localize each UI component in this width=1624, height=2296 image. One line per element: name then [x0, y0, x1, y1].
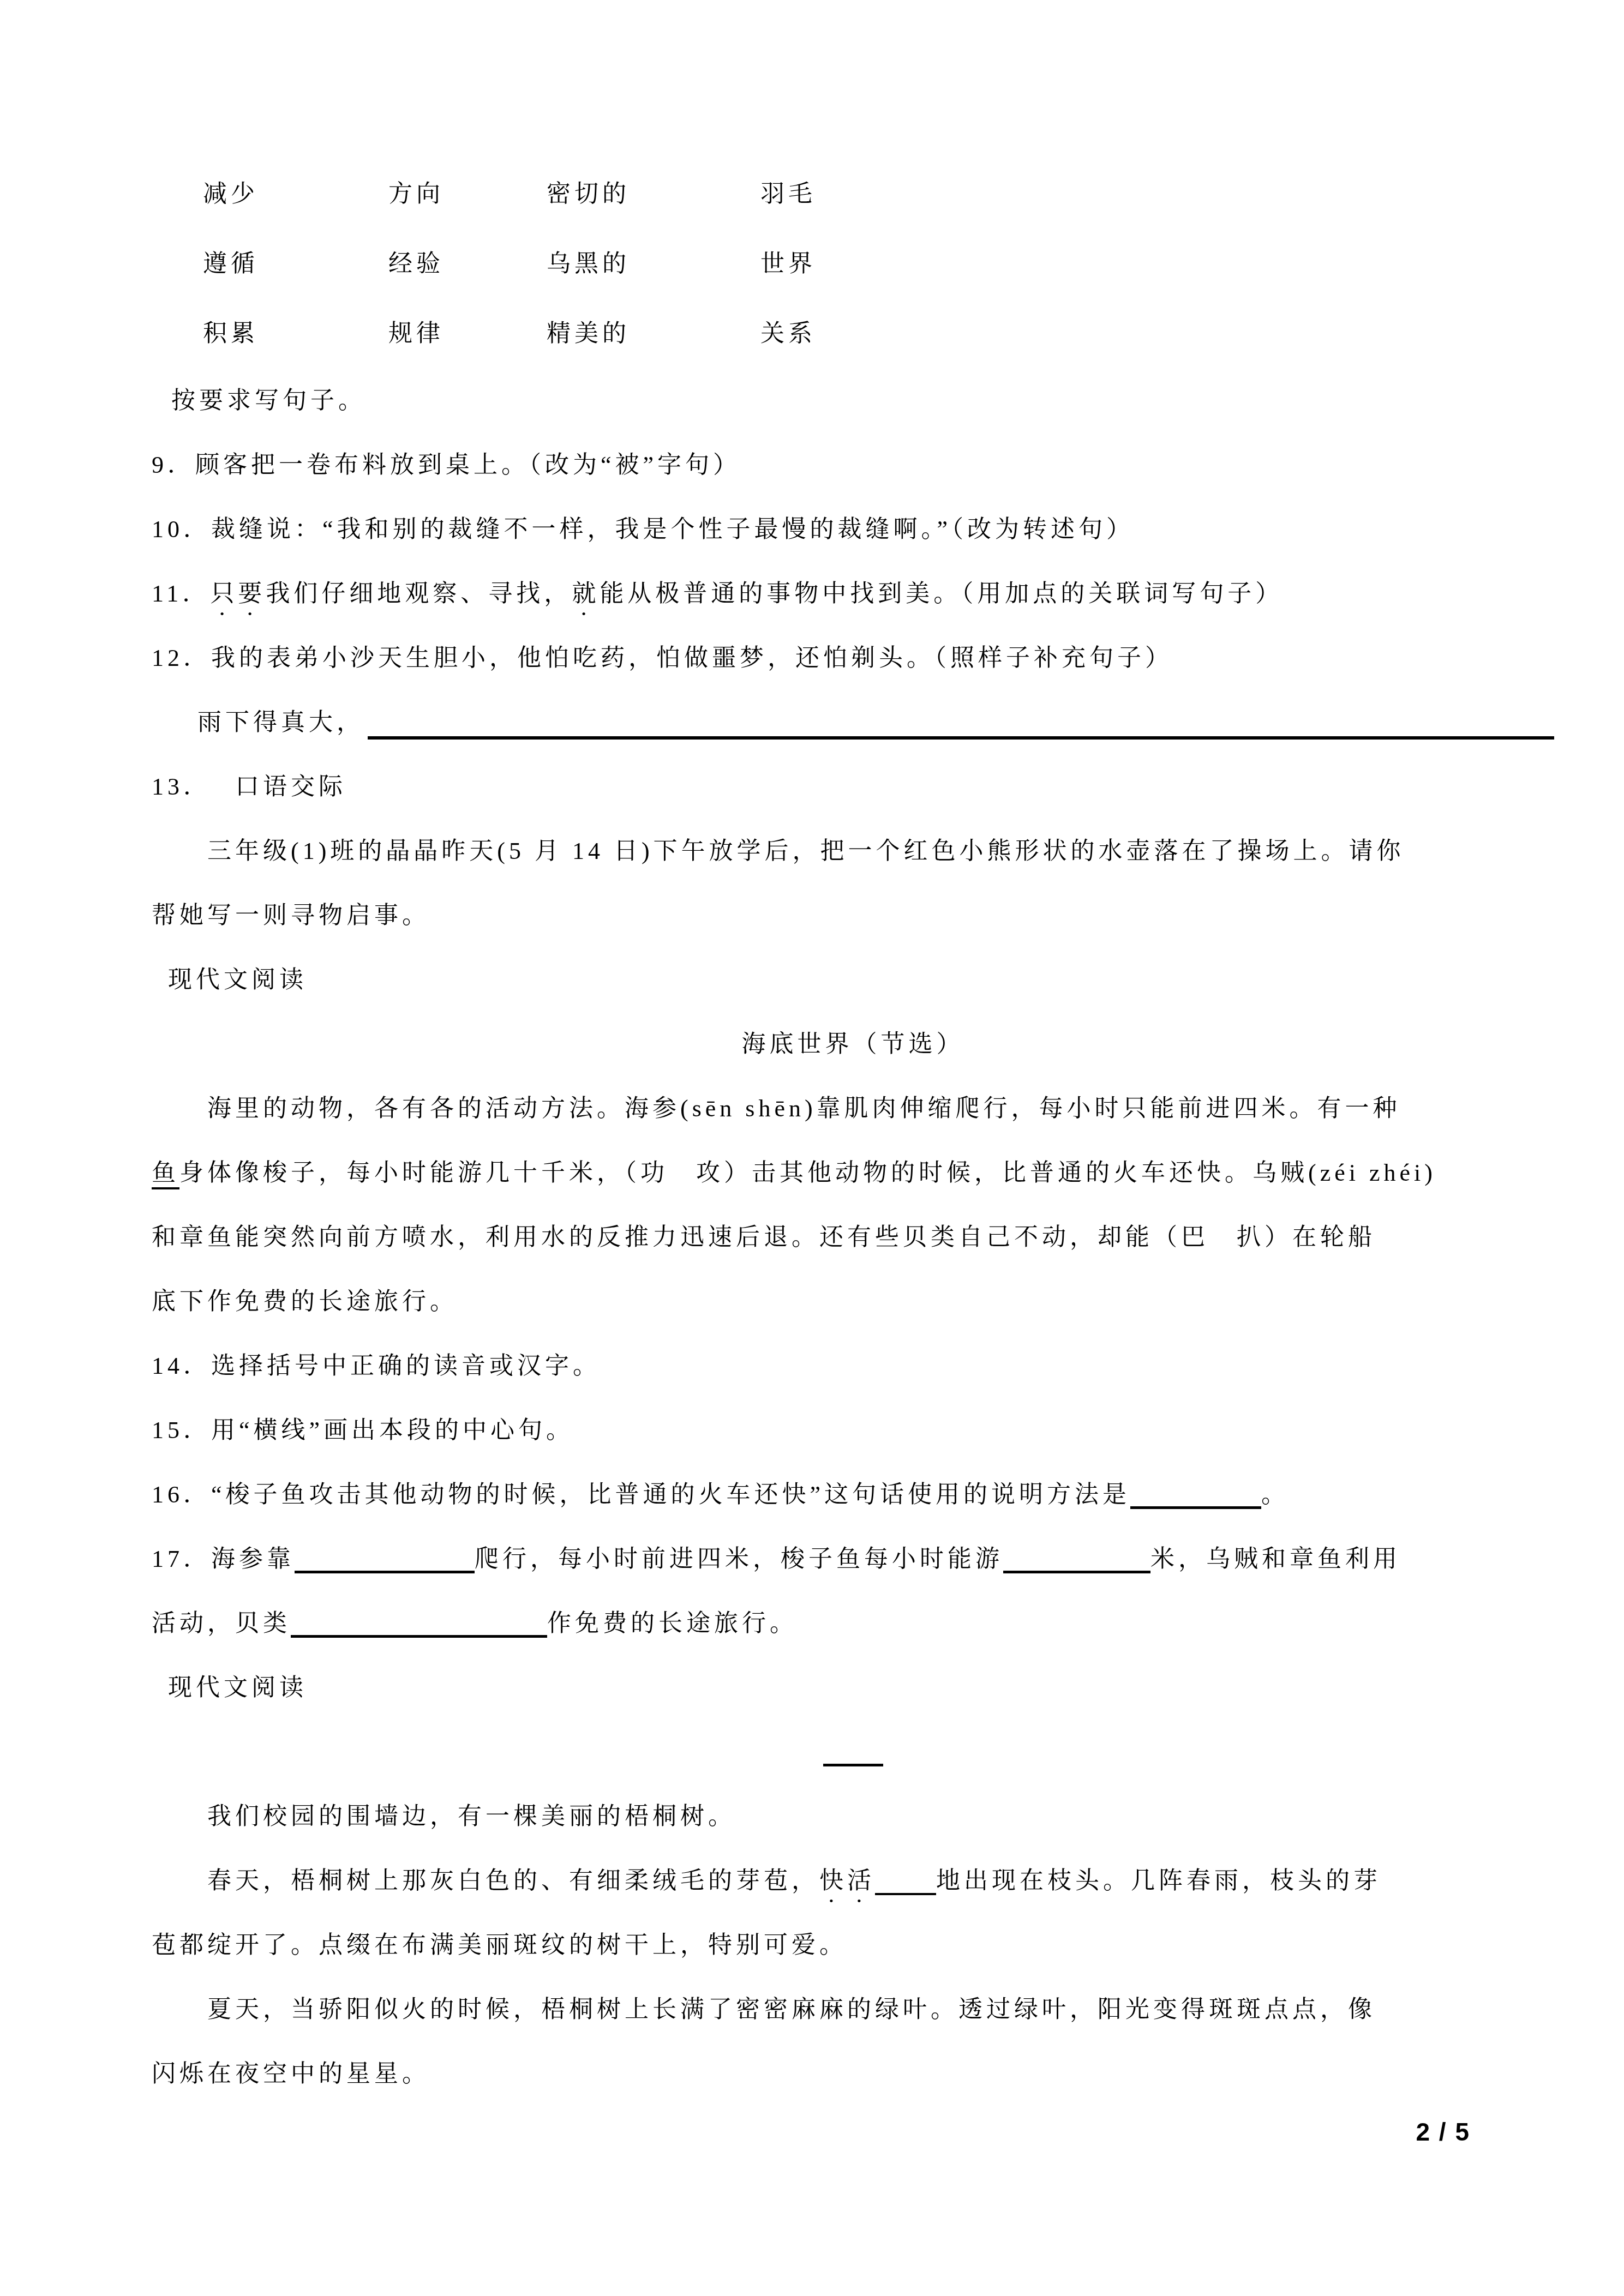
question-16: 16．“梭子鱼攻击其他动物的时候，比普通的火车还快”这句话使用的说明方法是。 [152, 1463, 1554, 1527]
paragraph-text: 地出现在枝头。几阵春雨，枝头的芽 [936, 1867, 1381, 1894]
reading-1-title: 海底世界（节选） [152, 1012, 1554, 1077]
question-number: 11． [152, 580, 210, 607]
paragraph-text: 底下作免费的长途旅行。 [152, 1288, 458, 1315]
word-item: 关系 [760, 299, 1554, 369]
answer-blank [291, 1613, 547, 1638]
passage2-spring-line-2: 苞都绽开了。点缀在布满美丽斑纹的树干上，特别可爱。 [152, 1913, 1554, 1978]
question-10: 10．裁缝说：“我和别的裁缝不一样，我是个性子最慢的裁缝啊。”（改为转述句） [152, 497, 1554, 562]
question-number: 16． [152, 1481, 211, 1508]
answer-blank [1130, 1484, 1261, 1509]
paragraph-text: 和章鱼能突然向前方喷水，利用水的反推力迅速后退。还有些贝类自己不动，却能（巴 扒… [152, 1224, 1376, 1251]
title-blank [823, 1742, 883, 1766]
question-17-continuation: 活动，贝类作免费的长途旅行。 [152, 1591, 1554, 1656]
paragraph-text: 苞都绽开了。点缀在布满美丽斑纹的树干上，特别可爱。 [152, 1932, 847, 1958]
passage-line-4: 底下作免费的长途旅行。 [152, 1270, 1554, 1334]
section-heading-write-sentences: 按要求写句子。 [152, 369, 1554, 433]
sentence-completion-line: 雨下得真大， [152, 690, 1554, 755]
oral-paragraph-line-2: 帮她写一则寻物启事。 [152, 883, 1554, 948]
word-item: 经验 [388, 229, 547, 299]
word-item: 乌黑的 [547, 229, 760, 299]
question-text: 作免费的长途旅行。 [547, 1610, 798, 1637]
paragraph-text: 海里的动物，各有各的活动方法。海参(sēn shēn)靠肌肉伸缩爬行，每小时只能… [207, 1095, 1401, 1122]
answer-blank [1003, 1549, 1150, 1573]
page-number: 2 / 5 [1416, 2117, 1470, 2147]
passage-title: 海底世界（节选） [742, 1031, 964, 1057]
word-item: 规律 [388, 299, 547, 369]
oral-paragraph-line-1: 三年级(1)班的晶晶昨天(5 月 14 日)下午放学后，把一个红色小熊形状的水壶… [152, 819, 1554, 883]
emphasized-word: 只要 [210, 580, 266, 607]
sentence-prefix: 雨下得真大， [197, 690, 364, 755]
passage2-summer-line-1: 夏天，当骄阳似火的时候，梧桐树上长满了密密麻麻的绿叶。透过绿叶，阳光变得斑斑点点… [152, 1978, 1554, 2042]
reading-2-title-blank-line [152, 1720, 1554, 1784]
question-text: 裁缝说：“我和别的裁缝不一样，我是个性子最慢的裁缝啊。”（改为转述句） [211, 516, 1134, 543]
underlined-text: 鱼 [152, 1159, 179, 1186]
paragraph-text: 我们校园的围墙边，有一棵美丽的梧桐树。 [207, 1803, 736, 1830]
paragraph-text: 帮她写一则寻物启事。 [152, 902, 430, 929]
answer-blank [295, 1549, 475, 1573]
word-item: 世界 [760, 229, 1554, 299]
passage2-spring-line-1: 春天，梧桐树上那灰白色的、有细柔绒毛的芽苞，快活地出现在枝头。几阵春雨，枝头的芽 [152, 1849, 1554, 1913]
document-page: 减少 方向 密切的 羽毛 遵循 经验 乌黑的 世界 积累 规律 精美的 关系 按… [0, 0, 1624, 2296]
question-text: 顾客把一卷布料放到桌上。（改为“被”字句） [195, 452, 741, 478]
question-text: 选择括号中正确的读音或汉字。 [211, 1353, 601, 1379]
question-9: 9．顾客把一卷布料放到桌上。（改为“被”字句） [152, 433, 1554, 497]
question-text: 我们仔细地观察、寻找， [266, 580, 572, 607]
word-item: 积累 [203, 299, 388, 369]
question-text: “梭子鱼攻击其他动物的时候，比普通的火车还快”这句话使用的说明方法是 [211, 1481, 1130, 1508]
question-number: 10． [152, 516, 211, 543]
emphasized-word: 就 [572, 580, 600, 607]
page-content: 减少 方向 密切的 羽毛 遵循 经验 乌黑的 世界 积累 规律 精美的 关系 按… [152, 159, 1554, 2106]
word-match-grid: 减少 方向 密切的 羽毛 遵循 经验 乌黑的 世界 积累 规律 精美的 关系 [152, 159, 1554, 369]
emphasized-word: 快活 [819, 1867, 875, 1894]
question-number: 13． [152, 773, 211, 800]
question-text: 能从极普通的事物中找到美。（用加点的关联词写句子） [600, 580, 1283, 607]
word-item: 遵循 [203, 229, 388, 299]
answer-blank [368, 690, 1554, 740]
answer-blank [875, 1871, 936, 1895]
question-text: 海参靠 [211, 1546, 295, 1572]
question-12: 12．我的表弟小沙天生胆小，他怕吃药，怕做噩梦，还怕剃头。（照样子补充句子） [152, 626, 1554, 690]
passage-line-1: 海里的动物，各有各的活动方法。海参(sēn shēn)靠肌肉伸缩爬行，每小时只能… [152, 1077, 1554, 1141]
paragraph-text: 身体像梭子，每小时能游几十千米，（功 攻）击其他动物的时候，比普通的火车还快。乌… [179, 1159, 1436, 1186]
heading-text: 按要求写句子。 [171, 387, 366, 414]
paragraph-text: 春天，梧桐树上那灰白色的、有细柔绒毛的芽苞， [207, 1867, 819, 1894]
heading-text: 现代文阅读 [168, 1674, 307, 1701]
paragraph-text: 夏天，当骄阳似火的时候，梧桐树上长满了密密麻麻的绿叶。透过绿叶，阳光变得斑斑点点… [207, 1996, 1376, 2023]
section-heading-reading-2: 现代文阅读 [152, 1656, 1554, 1720]
question-number: 17． [152, 1546, 211, 1572]
question-text: 。 [1261, 1481, 1289, 1508]
question-number: 15． [152, 1417, 211, 1444]
section-heading-reading-1: 现代文阅读 [152, 948, 1554, 1012]
paragraph-text: 闪烁在夜空中的星星。 [152, 2060, 430, 2087]
word-item: 减少 [203, 159, 388, 229]
question-number: 14． [152, 1353, 211, 1379]
passage-line-2: 鱼身体像梭子，每小时能游几十千米，（功 攻）击其他动物的时候，比普通的火车还快。… [152, 1141, 1554, 1205]
word-item: 羽毛 [760, 159, 1554, 229]
paragraph-text: 三年级(1)班的晶晶昨天(5 月 14 日)下午放学后，把一个红色小熊形状的水壶… [207, 838, 1405, 864]
question-14: 14．选择括号中正确的读音或汉字。 [152, 1334, 1554, 1398]
heading-text: 现代文阅读 [168, 966, 307, 993]
question-13: 13．口语交际 [152, 755, 1554, 819]
question-number: 9． [152, 452, 195, 478]
question-text: 活动，贝类 [152, 1610, 291, 1637]
word-item: 密切的 [547, 159, 760, 229]
question-17: 17．海参靠爬行，每小时前进四米，梭子鱼每小时能游米，乌贼和章鱼利用 [152, 1527, 1554, 1591]
passage-line-3: 和章鱼能突然向前方喷水，利用水的反推力迅速后退。还有些贝类自己不动，却能（巴 扒… [152, 1205, 1554, 1270]
passage2-intro-line: 我们校园的围墙边，有一棵美丽的梧桐树。 [152, 1784, 1554, 1849]
question-number: 12． [152, 645, 211, 671]
question-text: 米，乌贼和章鱼利用 [1150, 1546, 1401, 1572]
question-text: 我的表弟小沙天生胆小，他怕吃药，怕做噩梦，还怕剃头。（照样子补充句子） [211, 645, 1173, 671]
question-11: 11．只要我们仔细地观察、寻找，就能从极普通的事物中找到美。（用加点的关联词写句… [152, 562, 1554, 626]
question-15: 15．用“横线”画出本段的中心句。 [152, 1398, 1554, 1463]
word-item: 方向 [388, 159, 547, 229]
question-text: 用“横线”画出本段的中心句。 [211, 1417, 574, 1444]
passage2-summer-line-2: 闪烁在夜空中的星星。 [152, 2042, 1554, 2106]
question-text: 爬行，每小时前进四米，梭子鱼每小时能游 [475, 1546, 1003, 1572]
question-title: 口语交际 [235, 773, 346, 800]
word-item: 精美的 [547, 299, 760, 369]
page-number-text: 2 / 5 [1416, 2118, 1470, 2146]
